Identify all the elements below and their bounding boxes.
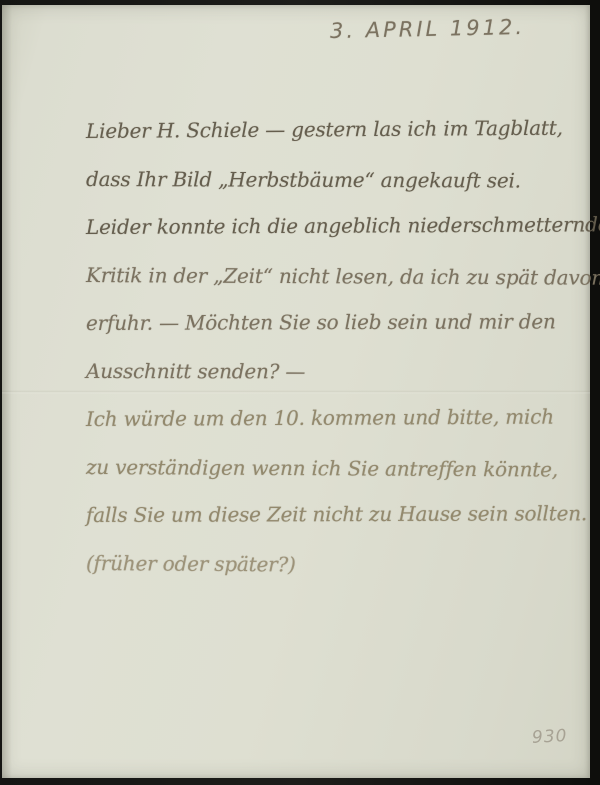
letter-line: erfuhr. — Möchten Sie so lieb sein und m… [86,297,556,347]
date-line: 3. APRIL 1912. [330,15,525,43]
letter-line: Lieber H. Schiele — gestern las ich im T… [86,104,556,155]
letter-line: falls Sie um diese Zeit nicht zu Hause s… [86,489,556,539]
letter-line: Ich würde um den 10. kommen und bitte, m… [86,393,556,443]
photo-background: 3. APRIL 1912. Lieber H. Schiele — geste… [0,0,600,785]
letter-line: Ausschnitt senden? — [86,347,556,396]
letter-line: zu verständigen wenn ich Sie antreffen k… [86,443,556,493]
page-edge-shadow [2,5,12,778]
letter-page: 3. APRIL 1912. Lieber H. Schiele — geste… [2,5,590,778]
archive-number-pencil: 930 [532,726,568,748]
letter-line: Leider konnte ich die angeblich niedersc… [86,201,556,251]
letter-line: Kritik in der „Zeit“ nicht lesen, da ich… [86,251,556,301]
letter-line: (früher oder später?) [86,539,556,590]
letter-line: dass Ihr Bild „Herbstbäume“ angekauft se… [86,155,556,205]
letter-body: Lieber H. Schiele — gestern las ich im T… [86,107,556,587]
